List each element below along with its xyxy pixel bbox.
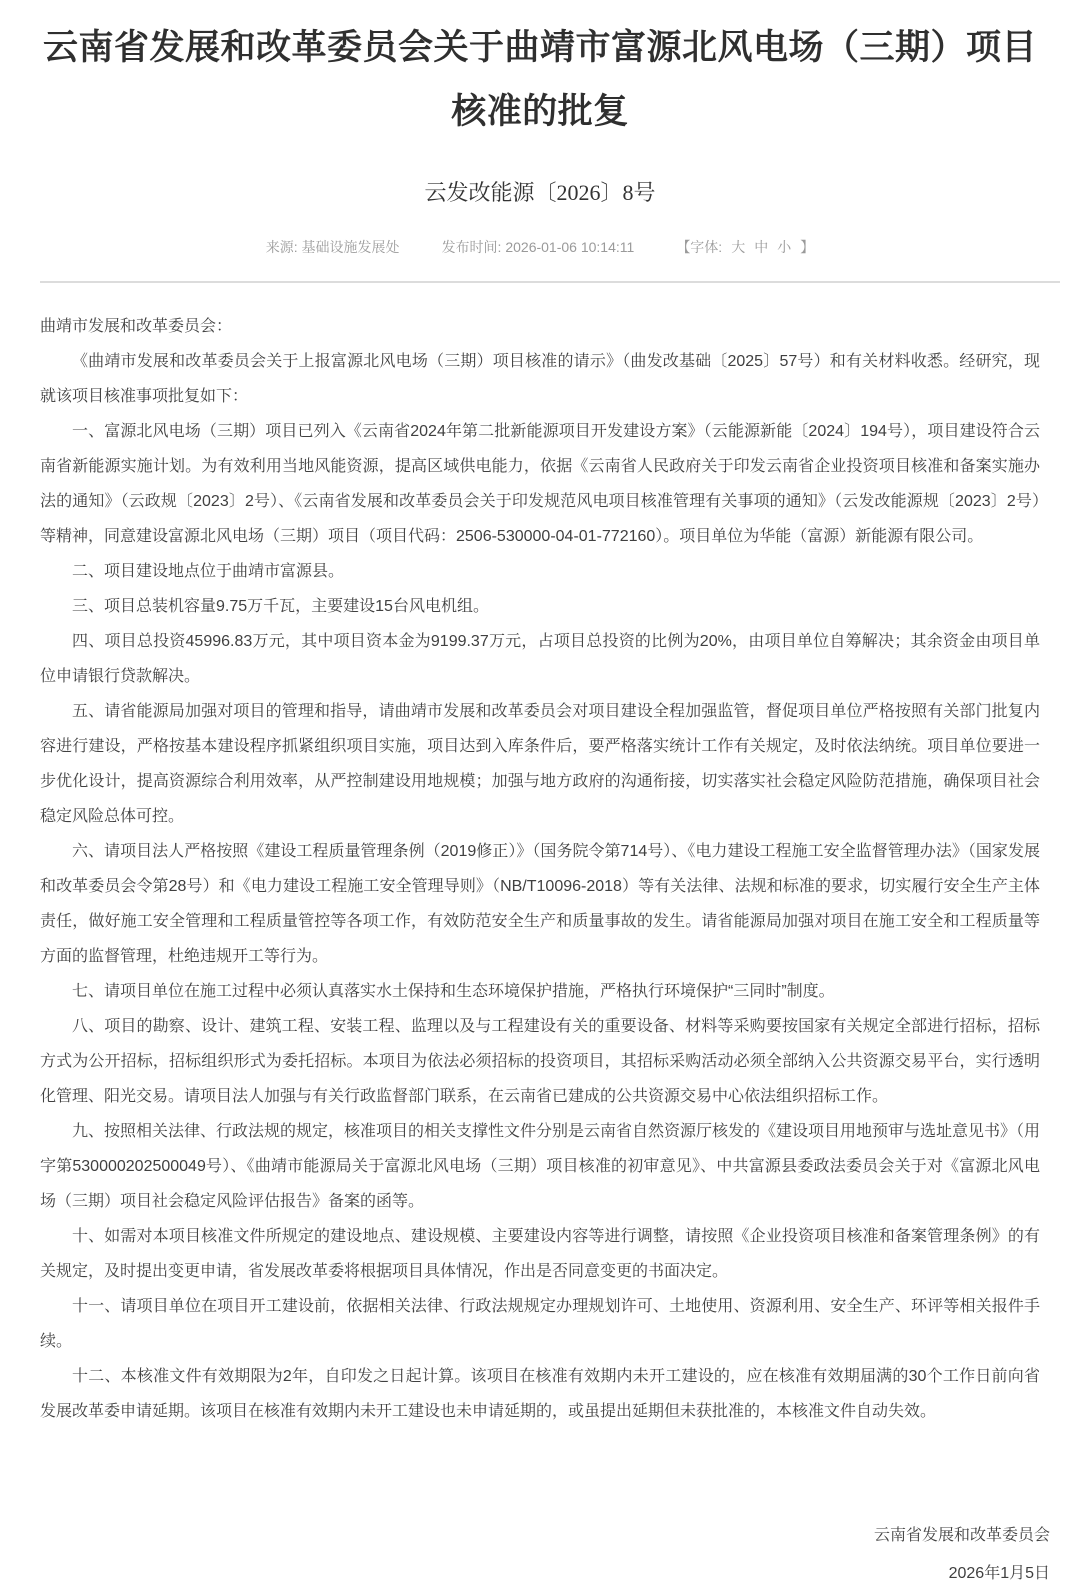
body-paragraph: 十一、请项目单位在项目开工建设前，依据相关法律、行政法规规定办理规划许可、土地使… — [40, 1289, 1040, 1359]
body-paragraph: 九、按照相关法律、行政法规的规定，核准项目的相关支撑性文件分别是云南省自然资源厅… — [40, 1114, 1040, 1219]
doc-number: 云发改能源〔2026〕8号 — [0, 176, 1080, 207]
document-page: 云南省发展和改革委员会关于曲靖市富源北风电场（三期）项目核准的批复 云发改能源〔… — [0, 0, 1080, 1593]
font-size-option-large[interactable]: 大 — [731, 237, 745, 257]
body-paragraph: 一、富源北风电场（三期）项目已列入《云南省2024年第二批新能源项目开发建设方案… — [40, 414, 1040, 554]
body-paragraph: 八、项目的勘察、设计、建筑工程、安装工程、监理以及与工程建设有关的重要设备、材料… — [40, 1009, 1040, 1114]
publish-time-text: 发布时间: 2026-01-06 10:14:11 — [442, 237, 635, 257]
body-paragraph: 四、项目总投资45996.83万元，其中项目资本金为9199.37万元，占项目总… — [40, 624, 1040, 694]
salutation: 曲靖市发展和改革委员会： — [40, 309, 1040, 344]
body-paragraph: 十、如需对本项目核准文件所规定的建设地点、建设规模、主要建设内容等进行调整，请按… — [40, 1219, 1040, 1289]
body-paragraph: 七、请项目单位在施工过程中必须认真落实水土保持和生态环境保护措施，严格执行环境保… — [40, 974, 1040, 1009]
body-paragraph: 三、项目总装机容量9.75万千瓦，主要建设15台风电机组。 — [40, 589, 1040, 624]
font-size-selector: 【字体: 大 中 小 】 — [676, 237, 814, 257]
signature-block: 云南省发展和改革委员会 2026年1月5日 — [0, 1517, 1050, 1593]
body-paragraph: 五、请省能源局加强对项目的管理和指导，请曲靖市发展和改革委员会对项目建设全程加强… — [40, 694, 1040, 834]
header-divider — [40, 281, 1060, 283]
body-paragraph: 《曲靖市发展和改革委员会关于上报富源北风电场（三期）项目核准的请示》（曲发改基础… — [40, 344, 1040, 414]
page-title: 云南省发展和改革委员会关于曲靖市富源北风电场（三期）项目核准的批复 — [0, 0, 1080, 144]
font-size-label-end: 】 — [800, 237, 814, 257]
font-size-label: 【字体: — [676, 237, 722, 257]
source-text: 来源: 基础设施发展处 — [266, 237, 400, 257]
document-body: 曲靖市发展和改革委员会： 《曲靖市发展和改革委员会关于上报富源北风电场（三期）项… — [40, 309, 1040, 1429]
meta-bar: 来源: 基础设施发展处 发布时间: 2026-01-06 10:14:11 【字… — [0, 237, 1080, 257]
font-size-option-medium[interactable]: 中 — [754, 237, 768, 257]
signature-org: 云南省发展和改革委员会 — [0, 1517, 1050, 1555]
signature-date: 2026年1月5日 — [0, 1555, 1050, 1593]
body-paragraph: 二、项目建设地点位于曲靖市富源县。 — [40, 554, 1040, 589]
paragraph-list: 《曲靖市发展和改革委员会关于上报富源北风电场（三期）项目核准的请示》（曲发改基础… — [40, 344, 1040, 1429]
font-size-option-small[interactable]: 小 — [777, 237, 791, 257]
body-paragraph: 十二、本核准文件有效期限为2年，自印发之日起计算。该项目在核准有效期内未开工建设… — [40, 1359, 1040, 1429]
body-paragraph: 六、请项目法人严格按照《建设工程质量管理条例（2019修正）》（国务院令第714… — [40, 834, 1040, 974]
